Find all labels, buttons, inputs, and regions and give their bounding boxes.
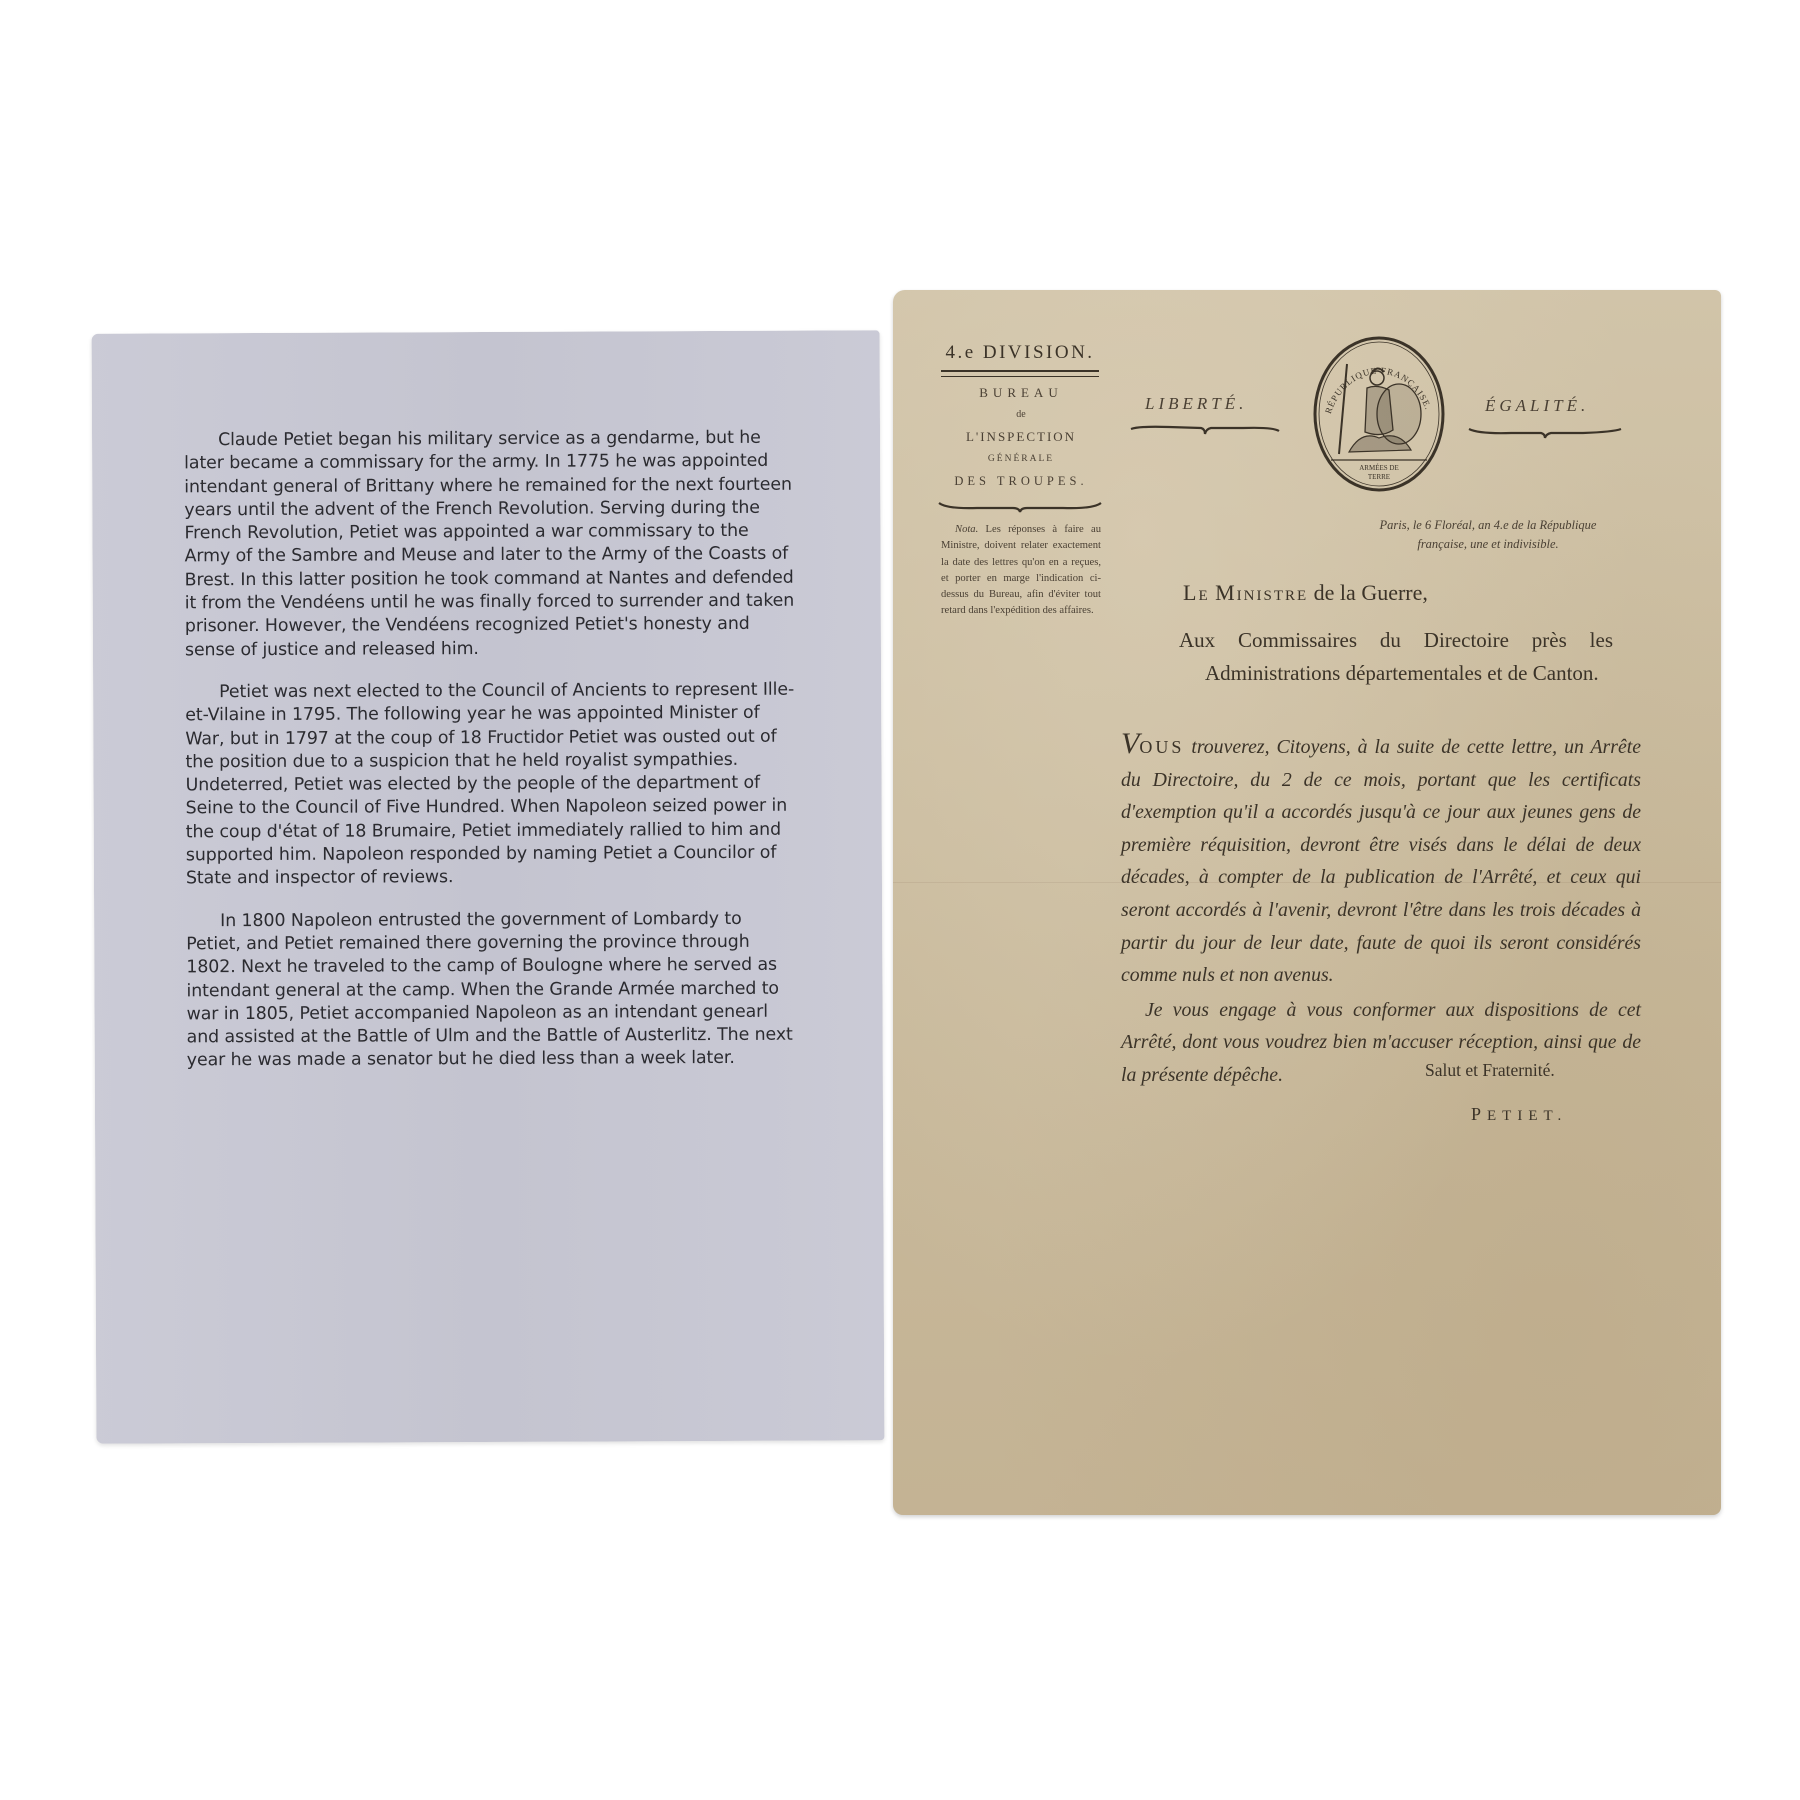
brace-ornament-icon	[1467, 426, 1623, 440]
biography-page: Claude Petiet began his military service…	[92, 330, 885, 1443]
bureau-line: GÉNÉRALE	[941, 448, 1101, 470]
division-rule	[941, 370, 1099, 377]
bureau-line: L'INSPECTION	[941, 426, 1101, 448]
brace-ornament-icon	[937, 500, 1103, 514]
opening-caps: OUS	[1139, 737, 1184, 757]
brace-ornament-icon	[1129, 424, 1281, 438]
paragraph-text: trouverez, Citoyens, à la suite de cette…	[1121, 736, 1641, 986]
biography-paragraph: Petiet was next elected to the Council o…	[185, 679, 796, 891]
letter-paragraph: VOUS trouverez, Citoyens, à la suite de …	[1121, 728, 1641, 992]
bureau-line: BUREAU	[941, 382, 1101, 404]
letter-paragraph: Je vous engage à vous conformer aux disp…	[1121, 994, 1641, 1092]
division-heading: 4.e DIVISION.	[941, 342, 1099, 364]
republic-seal-icon: RÉPUBLIQUE FRANÇAISE. ARMÉES DE TERRE	[1311, 334, 1447, 494]
seal-legend-bottom: TERRE	[1368, 473, 1390, 481]
nota-block: Nota. Les réponses à faire au Ministre, …	[941, 522, 1101, 620]
historic-letter: 4.e DIVISION. BUREAU de L'INSPECTION GÉN…	[893, 290, 1721, 1515]
minister-le: Le	[1183, 580, 1210, 605]
minister-rest: de la Guerre,	[1314, 580, 1428, 605]
nota-text: Les réponses à faire au Ministre, doiven…	[941, 524, 1101, 616]
biography-text: Claude Petiet began his military service…	[184, 427, 797, 1092]
addressee-line: Aux Commissaires du Directoire près les	[1179, 624, 1613, 657]
signature-rest: ETIET.	[1487, 1108, 1567, 1124]
addressee: Aux Commissaires du Directoire près les …	[1179, 624, 1613, 690]
motto-egalite: ÉGALITÉ.	[1485, 396, 1589, 416]
closing-salutation: Salut et Fraternité.	[1425, 1060, 1555, 1081]
bureau-heading: BUREAU de L'INSPECTION GÉNÉRALE DES TROU…	[941, 382, 1101, 492]
biography-paragraph: Claude Petiet began his military service…	[184, 427, 795, 663]
minister-title: Ministre	[1215, 580, 1308, 605]
dateline-line: française, une et indivisible.	[1323, 535, 1653, 554]
signature-initial: P	[1471, 1104, 1487, 1124]
dateline-line: Paris, le 6 Floréal, an 4.e de la Républ…	[1323, 516, 1653, 535]
biography-paragraph: In 1800 Napoleon entrusted the governmen…	[186, 907, 797, 1073]
bureau-line: DES TROUPES.	[941, 470, 1101, 492]
motto-liberte: LIBERTÉ.	[1145, 394, 1247, 414]
seal-legend-bottom: ARMÉES DE	[1359, 464, 1398, 472]
letter-body: VOUS trouverez, Citoyens, à la suite de …	[1121, 728, 1641, 1092]
dateline: Paris, le 6 Floréal, an 4.e de la Républ…	[1323, 516, 1653, 554]
nota-label: Nota.	[955, 524, 978, 535]
drop-cap: V	[1121, 727, 1139, 760]
signature: PETIET.	[1471, 1104, 1567, 1125]
minister-heading: Le Ministre de la Guerre,	[1183, 580, 1428, 606]
addressee-line: Administrations départementales et de Ca…	[1179, 657, 1613, 690]
bureau-line: de	[941, 404, 1101, 426]
